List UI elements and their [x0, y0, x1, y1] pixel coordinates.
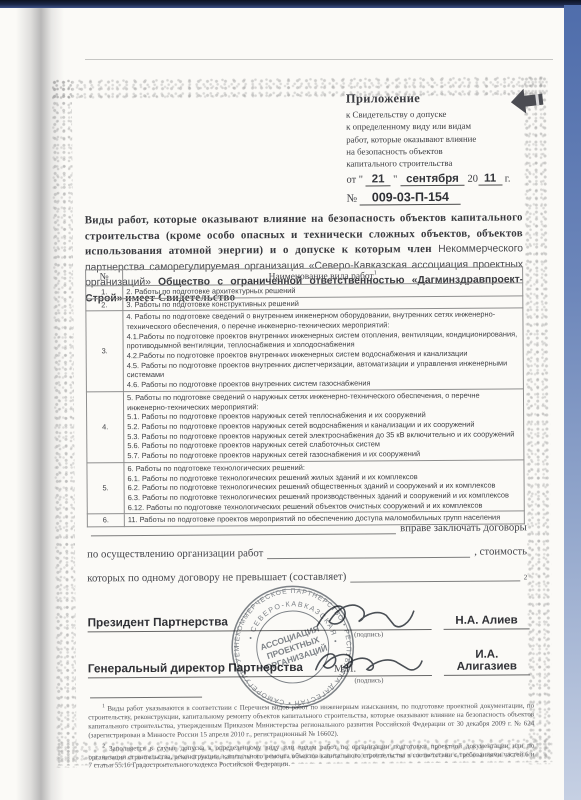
footnote-text: Заполняется в случае допуска к определен… [88, 741, 534, 770]
agreement-line-2-pre: по осуществлению организации работ [87, 547, 263, 560]
table-row: 4. 5. Работы по подготовке сведений о на… [86, 389, 523, 463]
agreement-line-2-tail: , стоимость [474, 545, 527, 557]
row-number: 2. [86, 298, 123, 311]
arrow-left-icon [510, 86, 546, 116]
work-type-line: 4.6. Работы по подготовке проектов внутр… [127, 378, 520, 390]
row-description: 5. Работы по подготовке сведений о наруж… [123, 389, 523, 463]
work-types-table: № Наименование вида работ1 1. 2. Работы … [85, 266, 525, 527]
number-label: № [347, 193, 358, 205]
appendix-subtitle: к Свидетельству о допуске к определенном… [346, 107, 558, 170]
work-type-line: 2. Работы по подготовке архитектурных ре… [126, 284, 519, 296]
blank-line [267, 545, 470, 559]
scanned-certificate-page: Приложение к Свидетельству о допуске к о… [0, 0, 581, 800]
issue-date-line: от " 21 " сентября 2011 г. [346, 173, 558, 186]
scanner-edge-top [0, 0, 581, 8]
table-row: 3. 4. Работы по подготовке сведений о вн… [86, 308, 524, 392]
column-header-number: № [86, 270, 123, 286]
table-row: 5. 6. Работы по подготовке технологическ… [87, 460, 524, 515]
certificate-number-line: № 009-03-П-154 [347, 190, 559, 205]
date-year: 11 [478, 173, 502, 186]
row-description: 4. Работы по подготовке сведений о внутр… [123, 308, 524, 391]
work-type-line: 5.7. Работы по подготовке проектов наруж… [127, 449, 520, 461]
footnote-marker: 1 [102, 703, 105, 709]
work-type-line: 6.12. Работы по подготовке технологическ… [128, 500, 521, 512]
blank-line [350, 568, 520, 582]
agreement-line-1: вправе заключать договоры [87, 520, 527, 536]
column-header-name-text: Наименование вида работ [269, 272, 374, 283]
signatory-name: Н.А. Алиев [444, 614, 530, 630]
signatory-name: И.А. Алигазиев [444, 648, 530, 676]
agreement-line-2: по осуществлению организации работ , сто… [87, 544, 527, 560]
row-number: 3. [86, 311, 124, 392]
book-spine-shadow [16, 8, 64, 800]
work-types-table-body: 1. 2. Работы по подготовке архитектурных… [86, 283, 525, 527]
footnote-separator [90, 697, 202, 699]
column-header-footnote-ref: 1 [374, 270, 377, 276]
certificate-number: 009-03-П-154 [360, 190, 461, 206]
date-suffix: г. [505, 174, 511, 185]
agreement-line-1-text: вправе заключать договоры [400, 521, 527, 534]
date-month: сентября [400, 173, 465, 186]
date-day: 21 [366, 174, 391, 187]
agreement-footnote-ref: 2 [524, 573, 528, 581]
footnote-item: 2 Заполняется в случае допуска к определ… [88, 739, 534, 771]
date-prefix: от " [346, 175, 363, 186]
row-number: 1. [86, 286, 123, 299]
blank-line [91, 521, 396, 536]
scanner-edge-right [564, 5, 581, 800]
row-number: 4. [86, 392, 123, 463]
work-type-line: 3. Работы по подготовке конструктивных р… [126, 297, 519, 309]
row-number: 5. [87, 462, 124, 514]
row-description: 6. Работы по подготовке технологических … [124, 460, 524, 514]
date-quote: " [393, 175, 397, 186]
footnote-marker: 2 [102, 743, 105, 749]
round-stamp: НЕКОММЕРЧЕСКОЕ ПАРТНЕРСТВО • РЕСПУБЛИКА … [221, 575, 364, 718]
date-century: 20 [467, 174, 478, 185]
certificate-appendix-page: Приложение к Свидетельству о допуске к о… [0, 0, 581, 800]
appendix-subtitle-line: капитального строительства [346, 156, 558, 170]
